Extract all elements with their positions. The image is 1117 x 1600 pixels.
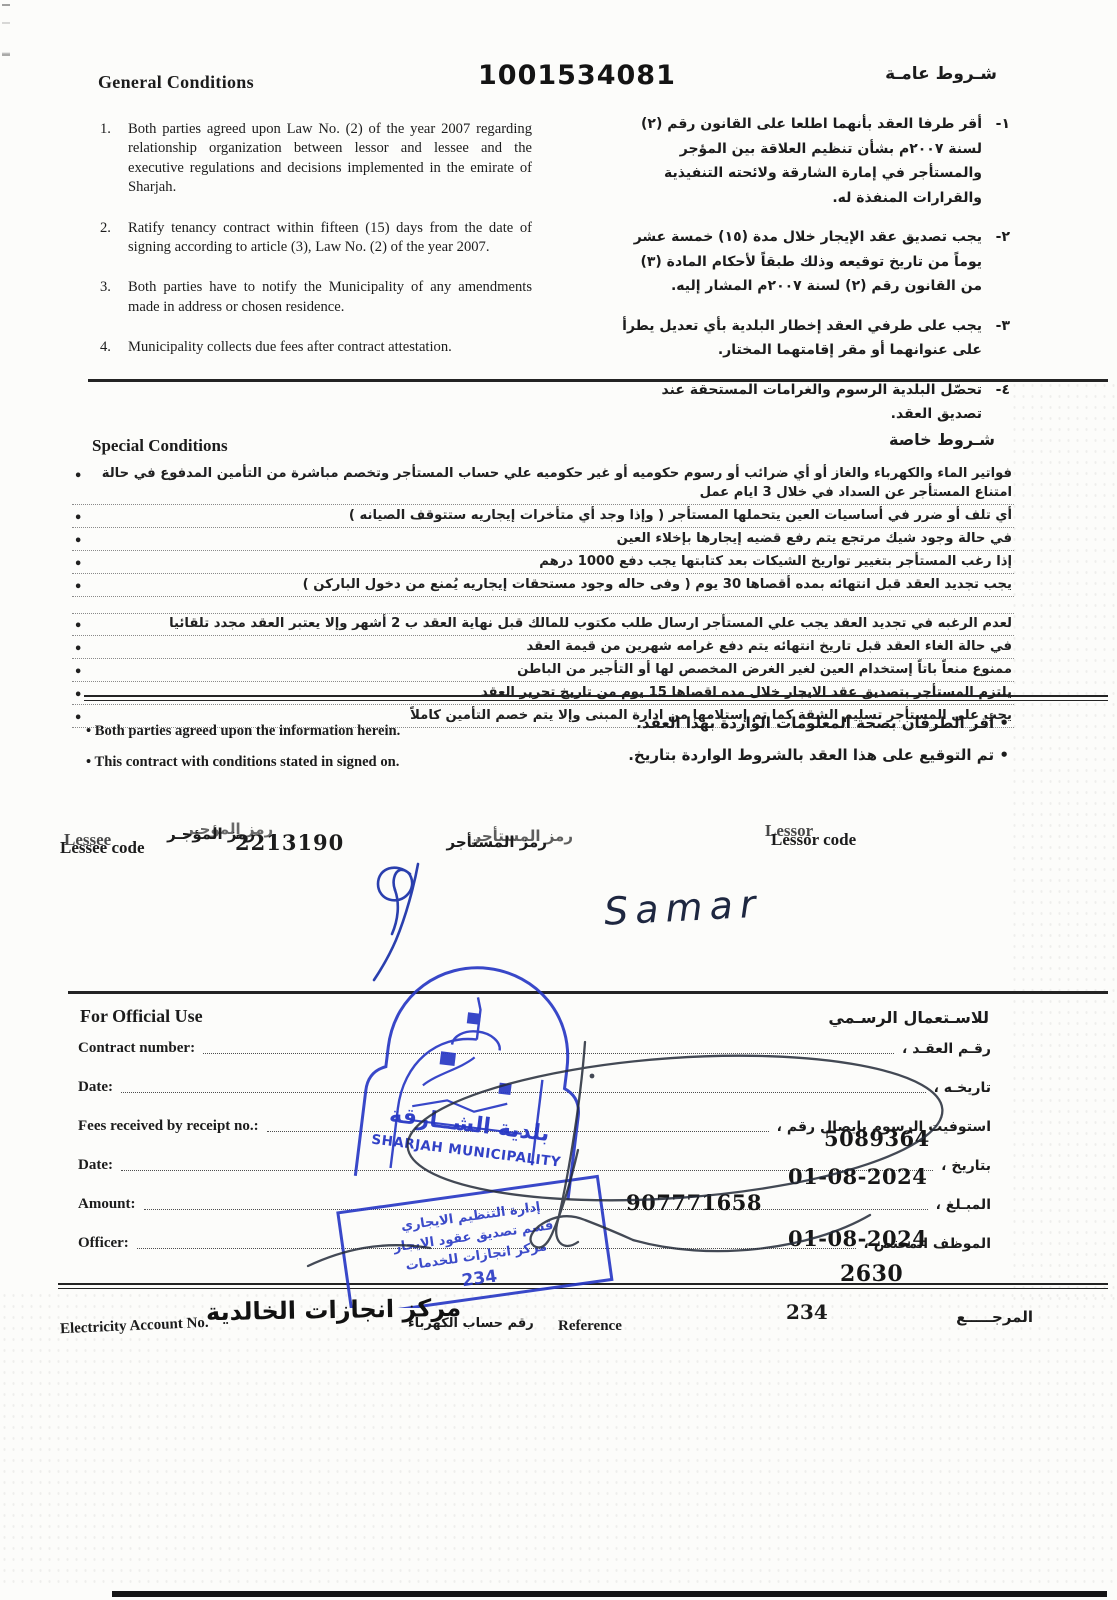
bullet-icon: • xyxy=(74,532,82,551)
general-condition-en-4: 4. Municipality collects due fees after … xyxy=(100,338,532,357)
item-number: 1. xyxy=(100,120,114,198)
special-condition-8: •ممنوع منعاً باتاً إستخدام العين لغير ال… xyxy=(72,660,1014,682)
electricity-account-label-ar: رقم حساب الكهرباء xyxy=(408,1316,534,1331)
general-condition-en-3: 3. Both parties have to notify the Munic… xyxy=(100,278,532,317)
electricity-account-label-en: Electricity Account No. xyxy=(60,1315,209,1338)
agreement-en-1: • Both parties agreed upon the informati… xyxy=(86,716,516,747)
bullet-icon: • xyxy=(74,640,82,659)
item-number: 2. xyxy=(100,219,114,258)
agreement-en-2: • This contract with conditions stated i… xyxy=(86,747,516,778)
blank-dotted-line xyxy=(72,597,1014,614)
bullet-icon: • xyxy=(74,663,82,682)
item-text: يجب على طرفي العقد إخطار البلدية بأي تعد… xyxy=(618,314,982,363)
general-condition-ar-4: ٤- تحصّل البلدية الرسوم والغرامات المستح… xyxy=(618,378,1010,427)
general-condition-ar-3: ٣- يجب على طرفي العقد إخطار البلدية بأي … xyxy=(618,314,1010,363)
bullet-icon: • xyxy=(74,617,82,636)
divider xyxy=(88,379,1108,382)
special-condition-9: •يلتزم المستأجر بتصديق عقد الايجار خلال … xyxy=(72,683,1014,705)
bullet-icon: • xyxy=(74,467,82,486)
item-number: 3. xyxy=(100,278,114,317)
scan-bottom-bar xyxy=(112,1591,1107,1597)
general-condition-en-2: 2. Ratify tenancy contract within fiftee… xyxy=(100,219,532,258)
general-conditions-title-en: General Conditions xyxy=(98,72,254,93)
special-condition-4: •إذا رغب المستأجر بتغيير تواريخ الشيكات … xyxy=(72,552,1014,574)
scanned-contract-page: General Conditions 1001534081 شـروط عامـ… xyxy=(0,0,1117,1600)
item-text: يجب تصديق عقد الإيجار خلال مدة (١٥) خمسة… xyxy=(618,225,982,299)
item-text: Ratify tenancy contract within fifteen (… xyxy=(128,219,532,258)
item-number: ٢- xyxy=(990,225,1010,299)
item-number: 4. xyxy=(100,338,114,357)
bullet-icon: • xyxy=(74,578,82,597)
reference-label-ar: المرجـــــع xyxy=(956,1308,1033,1326)
agreement-statements-en: • Both parties agreed upon the informati… xyxy=(86,716,516,779)
double-divider xyxy=(84,695,1108,701)
agreement-ar-1: • أقر الطرفان بصحة المعلومات الواردة بهذ… xyxy=(489,708,1009,740)
general-conditions-list-en: 1. Both parties agreed upon Law No. (2) … xyxy=(100,120,532,358)
lessee-code-label-ar: رمز المستأجر رمز المستأجر xyxy=(447,833,547,851)
general-condition-ar-2: ٢- يجب تصديق عقد الإيجار خلال مدة (١٥) خ… xyxy=(618,225,1010,299)
item-text: تحصّل البلدية الرسوم والغرامات المستحقة … xyxy=(618,378,982,427)
item-number: ١- xyxy=(990,112,1010,210)
item-text: Both parties have to notify the Municipa… xyxy=(128,278,532,317)
special-conditions-list: •فواتير الماء والكهرباء والغاز أو أي ضرا… xyxy=(72,464,1014,728)
special-condition-2: •أي تلف أو ضرر في أساسيات العين يتحملها … xyxy=(72,506,1014,528)
lessor-ar-ghost-overprint: رمز المؤجـر xyxy=(185,820,273,838)
agreement-ar-2: • تم التوقيع على هذا العقد بالشروط الوار… xyxy=(489,740,1009,772)
lessee-code-label: Lessee Lessee code xyxy=(60,838,145,858)
special-condition-3: •في حالة وجود شيك مرتجع يتم رفع قضيه إيج… xyxy=(72,529,1014,551)
lessee-ghost-overprint: Lessee xyxy=(64,830,111,850)
item-number: ٣- xyxy=(990,314,1010,363)
item-text: Municipality collects due fees after con… xyxy=(128,338,452,357)
general-conditions-title-ar: شـروط عامـة xyxy=(885,64,997,84)
contract-serial-number: 1001534081 xyxy=(478,60,676,91)
svg-text:Samar: Samar xyxy=(603,882,763,934)
special-condition-5: •يجب تجديد العقد قبل انتهائه بمده أقصاها… xyxy=(72,575,1014,597)
reference-label-en: Reference xyxy=(558,1318,622,1335)
lessor-signature-handwriting: Samar xyxy=(596,862,796,952)
general-condition-ar-1: ١- أقر طرفا العقد بأنهما اطلعا على القان… xyxy=(618,112,1010,210)
lessor-code-label: Lessor Lessor code xyxy=(771,830,856,850)
bullet-icon: • xyxy=(74,686,82,705)
officer-signature-ink xyxy=(270,1010,970,1290)
scan-artifact xyxy=(2,4,10,56)
special-conditions-title-ar: شـروط خاصة xyxy=(889,430,995,449)
official-use-title-en: For Official Use xyxy=(80,1006,203,1027)
lessor-ghost-overprint: Lessor xyxy=(765,821,813,841)
special-conditions-title-en: Special Conditions xyxy=(92,436,228,456)
item-text: Both parties agreed upon Law No. (2) of … xyxy=(128,120,532,198)
bullet-icon: • xyxy=(74,555,82,574)
lessee-ar-ghost-overprint: رمز المستأجر xyxy=(473,827,573,845)
general-condition-en-1: 1. Both parties agreed upon Law No. (2) … xyxy=(100,120,532,198)
item-number: ٤- xyxy=(990,378,1010,427)
scan-noise xyxy=(0,1290,1117,1590)
special-condition-1: •فواتير الماء والكهرباء والغاز أو أي ضرا… xyxy=(72,464,1014,505)
scan-noise-edge xyxy=(1010,380,1117,1300)
bullet-icon: • xyxy=(74,709,82,728)
item-text: أقر طرفا العقد بأنهما اطلعا على القانون … xyxy=(618,112,982,210)
special-condition-7: •في حالة الغاء العقد قبل تاريخ انتهائه ي… xyxy=(72,637,1014,659)
lessor-code-label-ar: رمز المؤجـر رمز المؤجـر xyxy=(167,825,255,843)
agreement-statements-ar: • أقر الطرفان بصحة المعلومات الواردة بهذ… xyxy=(489,708,1009,771)
bullet-icon: • xyxy=(74,509,82,528)
reference-value: 234 xyxy=(786,1300,828,1324)
special-condition-6: •لعدم الرغبه في تجديد العقد يجب علي المس… xyxy=(72,614,1014,636)
